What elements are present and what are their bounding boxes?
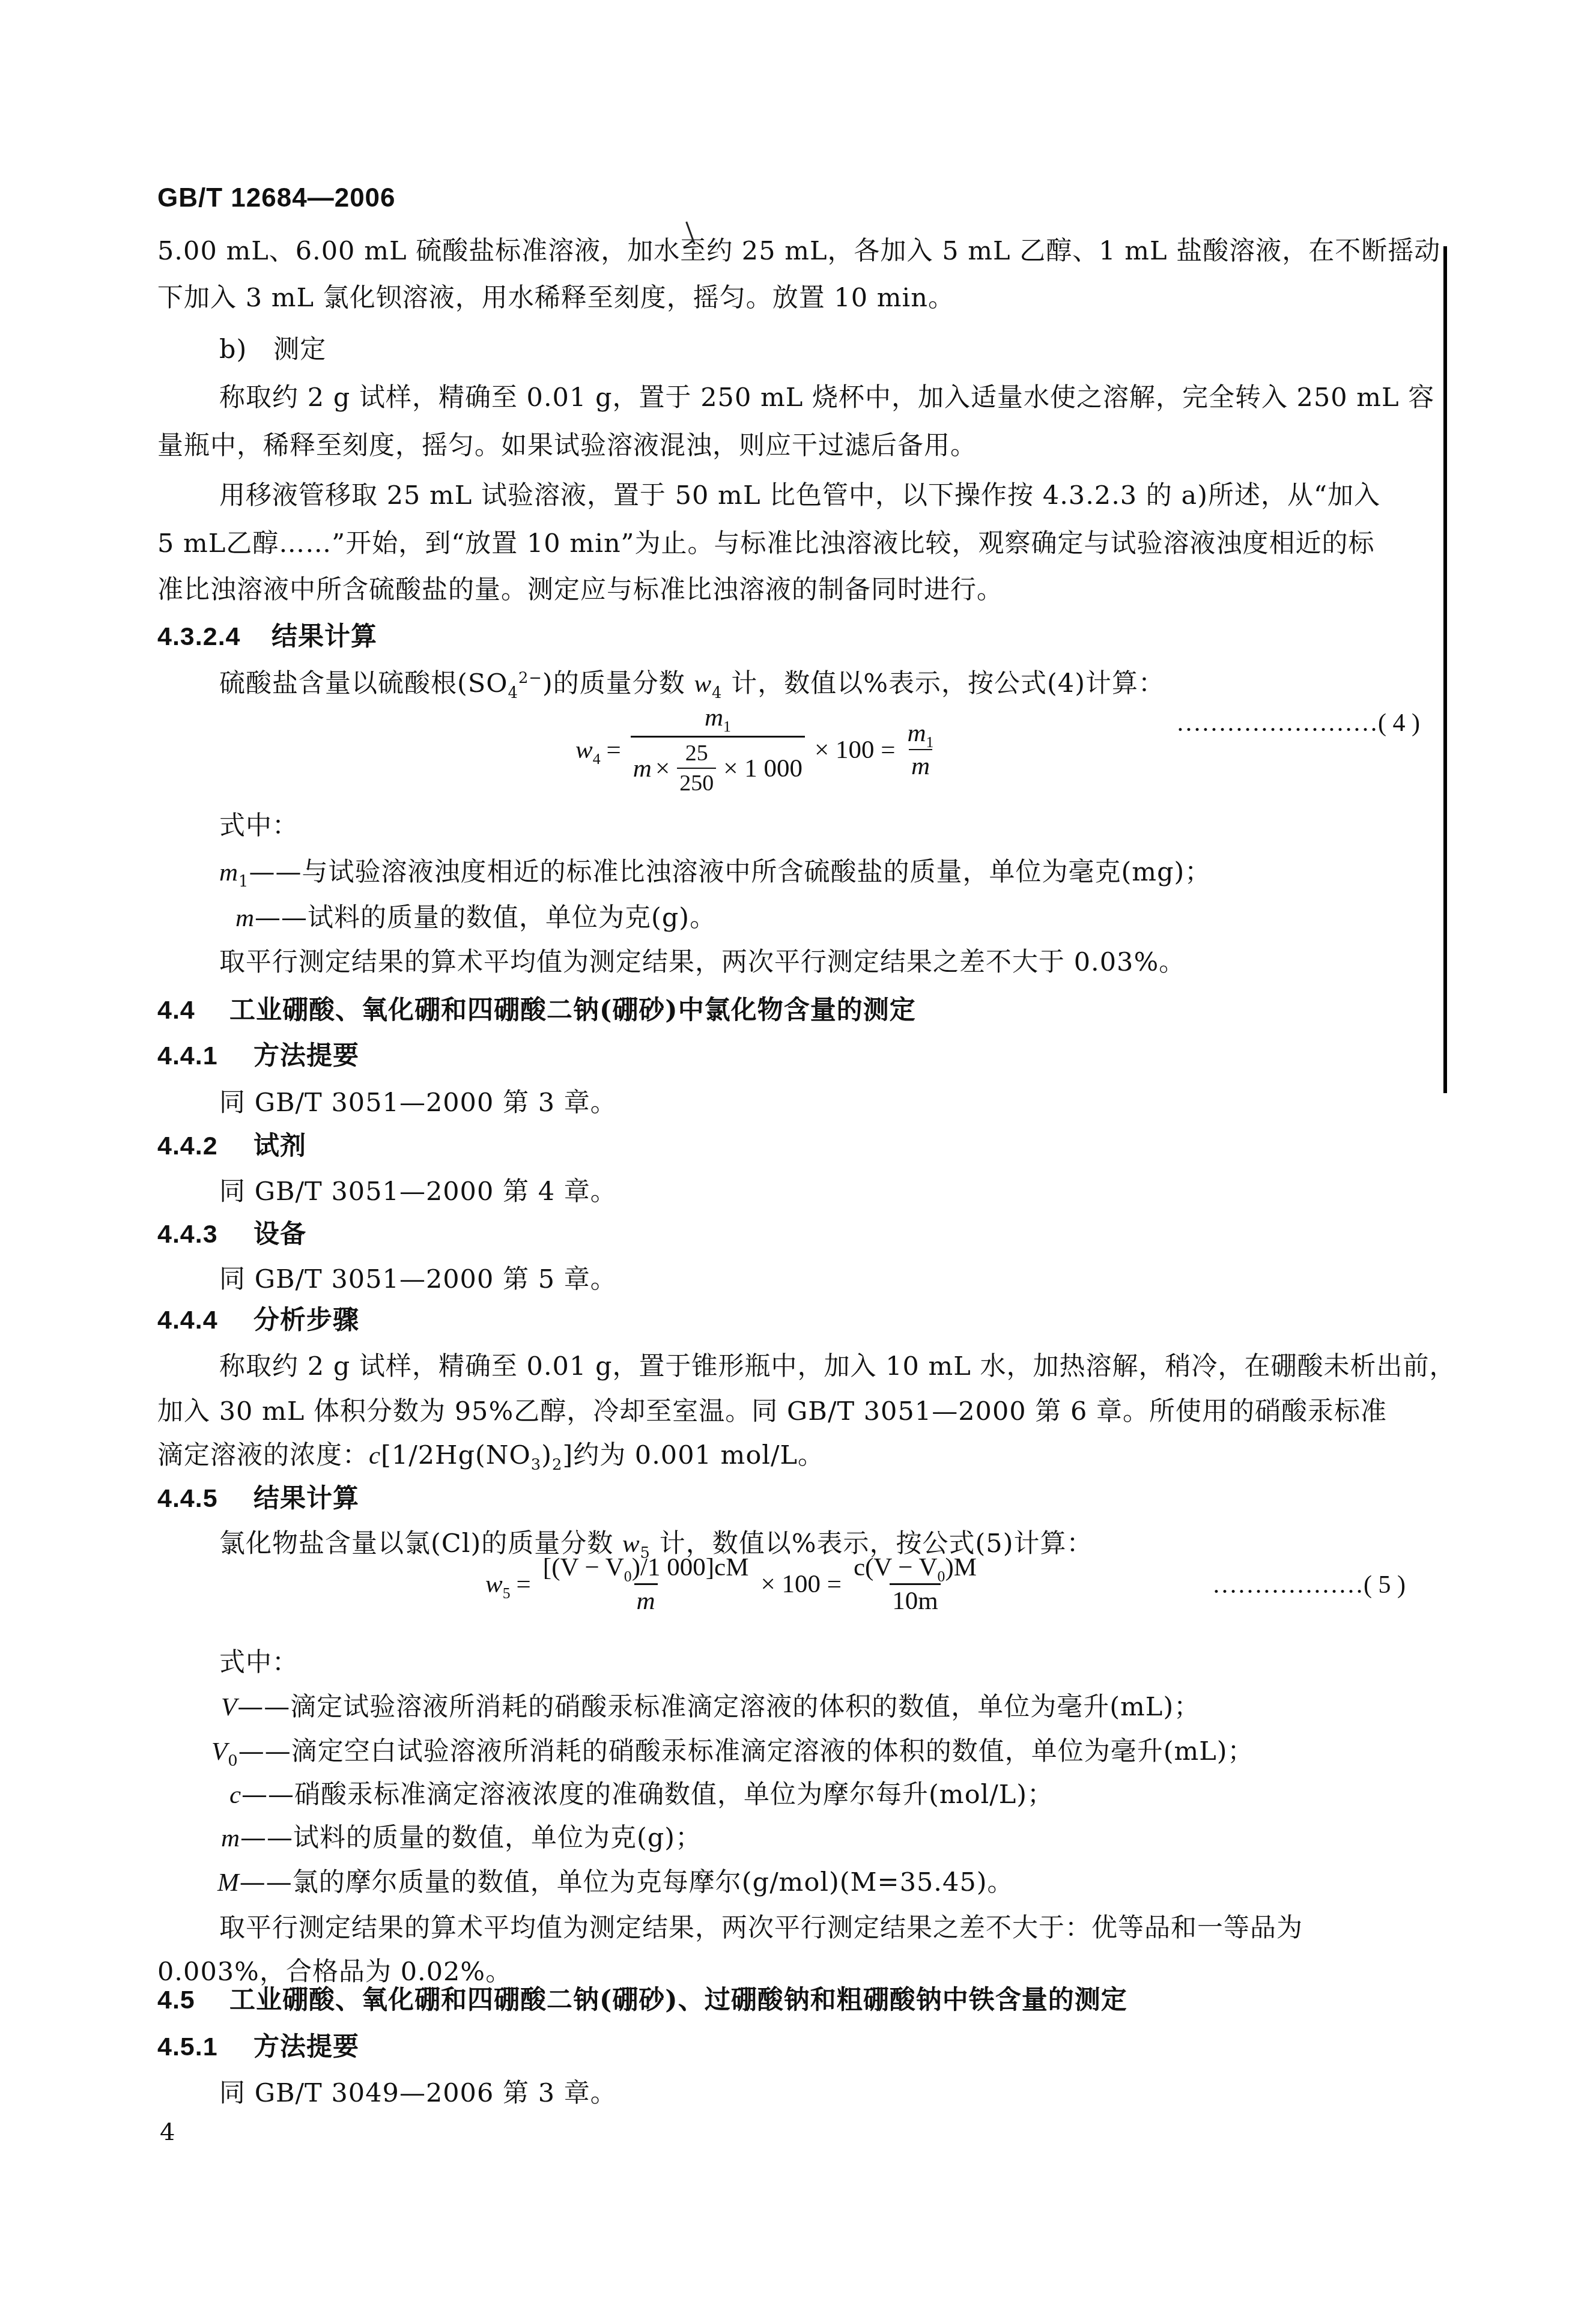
section-title: 工业硼酸、氧化硼和四硼酸二钠(硼砂)、过硼酸钠和粗硼酸钠中铁含量的测定: [229, 1985, 1127, 2015]
precision-note: 取平行测定结果的算术平均值为测定结果，两次平行测定结果之差不大于：优等品和一等品…: [219, 1910, 1303, 1946]
fraction: c(V − V0)M 10m: [851, 1553, 979, 1616]
definition-item: M——氯的摩尔质量的数值，单位为克每摩尔(g/mol)(M=35.45)。: [217, 1864, 1014, 1901]
section-heading-4-4: 4.4工业硼酸、氧化硼和四硼酸二钠(硼砂)中氯化物含量的测定: [157, 992, 916, 1028]
paragraph-line: 滴定溶液的浓度：c[1/2Hg(NO3)2]约为 0.001 mol/L。: [157, 1437, 824, 1474]
paragraph-line: 称取约 2 g 试样，精确至 0.01 g，置于锥形瓶中，加入 10 mL 水，…: [219, 1348, 1456, 1384]
fraction: m1 m: [905, 718, 936, 781]
equation-4: w4 = m1 m × 25 250 × 1 000 × 100 = m1 m: [575, 703, 939, 796]
paragraph-line: 同 GB/T 3049—2006 第 3 章。: [219, 2075, 617, 2111]
equation-number-5: ………………( 5 ): [1212, 1571, 1406, 1599]
section-number: 4.4: [157, 992, 229, 1028]
paragraph-line: 5 mL乙醇……”开始，到“放置 10 min”为止。与标准比浊溶液比较，观察确…: [157, 526, 1375, 562]
list-item-b: b) 测定: [219, 332, 326, 368]
paragraph-line: 同 GB/T 3051—2000 第 3 章。: [219, 1085, 617, 1121]
document-page: GB/T 12684—2006 5.00 mL、6.00 mL 硫酸盐标准溶液，…: [0, 0, 1596, 2310]
paragraph-line: 加入 30 mL 体积分数为 95%乙醇，冷却至室温。同 GB/T 3051—2…: [157, 1393, 1387, 1429]
paragraph-line: 同 GB/T 3051—2000 第 4 章。: [219, 1174, 617, 1210]
section-number: 4.5.1: [157, 2029, 253, 2065]
section-number: 4.3.2.4: [157, 619, 272, 655]
page-number: 4: [160, 2117, 175, 2147]
section-number: 4.4.1: [157, 1038, 253, 1074]
paragraph-line: 同 GB/T 3051—2000 第 5 章。: [219, 1261, 617, 1297]
section-heading-4-4-5: 4.4.5结果计算: [157, 1481, 359, 1517]
definition-item: m——试料的质量的数值，单位为克(g)；: [221, 1820, 702, 1857]
revision-change-bar: [1443, 246, 1447, 1093]
section-title: 结果计算: [253, 1484, 359, 1514]
list-marker: b): [219, 335, 247, 365]
standard-code-header: GB/T 12684—2006: [157, 181, 396, 215]
section-title: 方法提要: [253, 1041, 359, 1071]
paragraph-line: 5.00 mL、6.00 mL 硫酸盐标准溶液，加水至约 25 mL，各加入 5…: [157, 233, 1440, 269]
fraction: m1 m × 25 250 × 1 000: [631, 703, 805, 796]
section-number: 4.4.2: [157, 1128, 253, 1164]
section-heading-4-4-3: 4.4.3设备: [157, 1216, 306, 1252]
equation-5: w5 = [(V − V0)/1 000]cM m × 100 = c(V − …: [485, 1553, 983, 1616]
section-title: 设备: [253, 1219, 306, 1249]
equation-number-4: ……………………( 4 ): [1176, 709, 1420, 738]
section-title: 分析步骤: [253, 1305, 359, 1335]
section-title: 方法提要: [253, 2032, 359, 2062]
section-title: 试剂: [253, 1131, 306, 1161]
definition-item: V——滴定试验溶液所消耗的硝酸汞标准滴定溶液的体积的数值，单位为毫升(mL)；: [221, 1689, 1200, 1726]
definition-item: m——试料的质量的数值，单位为克(g)。: [235, 900, 716, 936]
paragraph-line: 硫酸盐含量以硫酸根(SO42−)的质量分数 w4 计，数值以%表示，按公式(4)…: [219, 665, 1165, 702]
section-heading-4-3-2-4: 4.3.2.4结果计算: [157, 619, 377, 655]
fraction: [(V − V0)/1 000]cM m: [541, 1553, 751, 1616]
paragraph-line: 下加入 3 mL 氯化钡溶液，用水稀释至刻度，摇匀。放置 10 min。: [157, 280, 954, 316]
section-title: 工业硼酸、氧化硼和四硼酸二钠(硼砂)中氯化物含量的测定: [229, 995, 916, 1025]
list-item-title: 测定: [273, 335, 326, 365]
section-title: 结果计算: [272, 622, 377, 652]
where-label: 式中：: [219, 1645, 299, 1681]
paragraph-line: 准比浊溶液中所含硫酸盐的量。测定应与标准比浊溶液的制备同时进行。: [157, 572, 1003, 608]
section-heading-4-5-1: 4.5.1方法提要: [157, 2029, 359, 2065]
paragraph-line: 用移液管移取 25 mL 试验溶液，置于 50 mL 比色管中，以下操作按 4.…: [219, 477, 1380, 514]
definition-item: V0——滴定空白试验溶液所消耗的硝酸汞标准滴定溶液的体积的数值，单位为毫升(mL…: [211, 1733, 1254, 1770]
section-number: 4.4.4: [157, 1302, 253, 1338]
paragraph-line: 量瓶中，稀释至刻度，摇匀。如果试验溶液混浊，则应干过滤后备用。: [157, 428, 977, 464]
definition-item: m1——与试验溶液浊度相近的标准比浊溶液中所含硫酸盐的质量，单位为毫克(mg)；: [219, 854, 1211, 891]
paragraph-line: 称取约 2 g 试样，精确至 0.01 g，置于 250 mL 烧杯中，加入适量…: [219, 380, 1434, 416]
section-number: 4.4.5: [157, 1481, 253, 1517]
section-heading-4-5: 4.5工业硼酸、氧化硼和四硼酸二钠(硼砂)、过硼酸钠和粗硼酸钠中铁含量的测定: [157, 1982, 1127, 2018]
section-number: 4.5: [157, 1982, 229, 2018]
section-number: 4.4.3: [157, 1216, 253, 1252]
section-heading-4-4-2: 4.4.2试剂: [157, 1128, 306, 1164]
section-heading-4-4-4: 4.4.4分析步骤: [157, 1302, 359, 1338]
where-label: 式中：: [219, 808, 299, 844]
definition-item: c——硝酸汞标准滴定溶液浓度的准确数值，单位为摩尔每升(mol/L)；: [229, 1777, 1054, 1813]
section-heading-4-4-1: 4.4.1方法提要: [157, 1038, 359, 1074]
precision-note: 取平行测定结果的算术平均值为测定结果，两次平行测定结果之差不大于 0.03%。: [219, 944, 1185, 980]
